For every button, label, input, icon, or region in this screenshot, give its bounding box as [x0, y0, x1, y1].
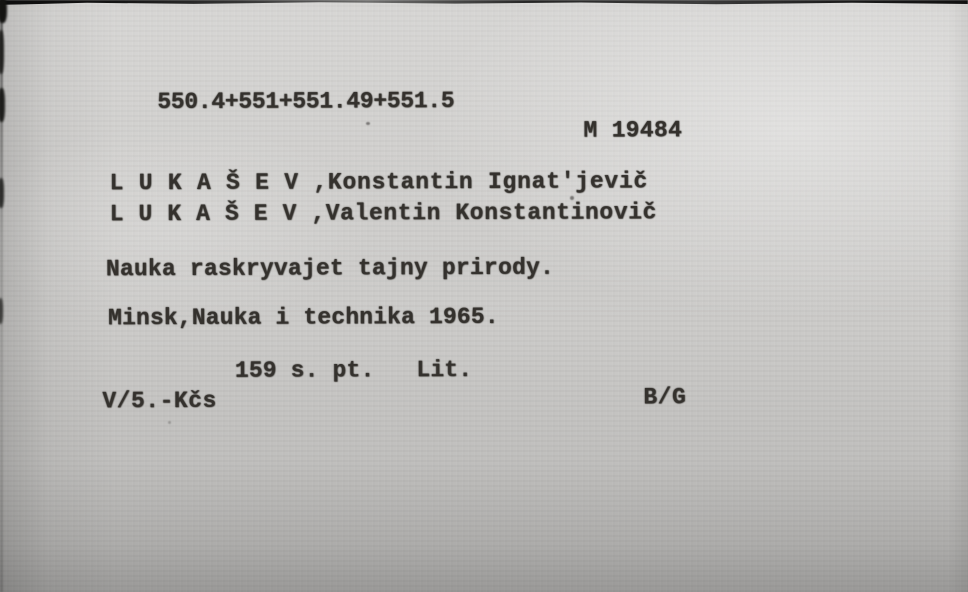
scanned-catalog-card: 550.4+551+551.49+551.5 M 19484 L U K A Š…: [0, 0, 968, 592]
typewritten-text-layer: 550.4+551+551.49+551.5 M 19484 L U K A Š…: [0, 0, 968, 592]
scan-edge-blob: [0, 88, 5, 122]
literature-note: Lit.: [416, 359, 472, 382]
paper-speck: [366, 122, 370, 125]
author-line-2: L U K A Š E V ,Valentin Konstantinovič: [110, 201, 657, 226]
title-line: Nauka raskryvajet tajny prirody.: [106, 257, 554, 282]
scan-edge-blob: [0, 0, 7, 23]
paper-speck: [168, 421, 171, 424]
scan-edge-blob: [0, 298, 3, 324]
page-count: 159 s. pt.: [235, 357, 375, 383]
paper-speck: [570, 196, 574, 200]
location-code: B/G: [643, 386, 686, 409]
scan-edge-blob: [0, 178, 4, 208]
card-paper: 550.4+551+551.49+551.5 M 19484 L U K A Š…: [0, 0, 968, 592]
author-line-1: L U K A Š E V ,Konstantin Ignat'jevič: [110, 170, 649, 195]
accession-number: M 19484: [583, 119, 682, 142]
scan-edge-blob: [0, 30, 4, 74]
price-code: V/5.-Kčs: [102, 390, 217, 413]
classification-number: 550.4+551+551.49+551.5: [157, 90, 454, 114]
imprint-line: Minsk,Nauka i technika 1965.: [108, 306, 499, 330]
